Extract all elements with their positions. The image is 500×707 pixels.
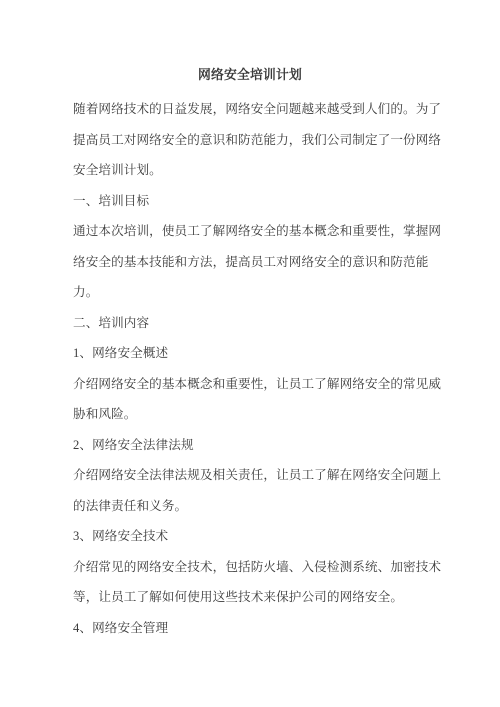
- subsection-body-line: 等，让员工了解如何使用这些技术来保护公司的网络安全。: [73, 582, 453, 613]
- section-body-line: 通过本次培训，使员工了解网络安全的基本概念和重要性，掌握网: [73, 216, 453, 247]
- section-heading-training-content: 二、培训内容: [73, 308, 453, 339]
- subsection-body-line: 介绍网络安全法律法规及相关责任，让员工了解在网络安全问题上: [73, 460, 453, 491]
- subsection-body-line: 介绍网络安全的基本概念和重要性，让员工了解网络安全的常见威: [73, 369, 453, 400]
- document-body: 随着网络技术的日益发展，网络安全问题越来越受到人们的。为了 提高员工对网络安全的…: [73, 94, 453, 643]
- intro-paragraph-line: 安全培训计划。: [73, 155, 453, 186]
- subsection-heading-technology: 3、网络安全技术: [73, 521, 453, 552]
- subsection-body-line: 胁和风险。: [73, 399, 453, 430]
- intro-paragraph-line: 随着网络技术的日益发展，网络安全问题越来越受到人们的。为了: [73, 94, 453, 125]
- subsection-heading-overview: 1、网络安全概述: [73, 338, 453, 369]
- section-body-line: 络安全的基本技能和方法，提高员工对网络安全的意识和防范能: [73, 247, 453, 278]
- subsection-heading-management: 4、网络安全管理: [73, 613, 453, 644]
- subsection-heading-laws: 2、网络安全法律法规: [73, 430, 453, 461]
- intro-paragraph-line: 提高员工对网络安全的意识和防范能力，我们公司制定了一份网络: [73, 125, 453, 156]
- document-title: 网络安全培训计划: [0, 64, 500, 83]
- section-body-line: 力。: [73, 277, 453, 308]
- subsection-body-line: 介绍常见的网络安全技术，包括防火墙、入侵检测系统、加密技术: [73, 552, 453, 583]
- section-heading-training-goals: 一、培训目标: [73, 186, 453, 217]
- document-page: 网络安全培训计划 随着网络技术的日益发展，网络安全问题越来越受到人们的。为了 提…: [0, 0, 500, 707]
- subsection-body-line: 的法律责任和义务。: [73, 491, 453, 522]
